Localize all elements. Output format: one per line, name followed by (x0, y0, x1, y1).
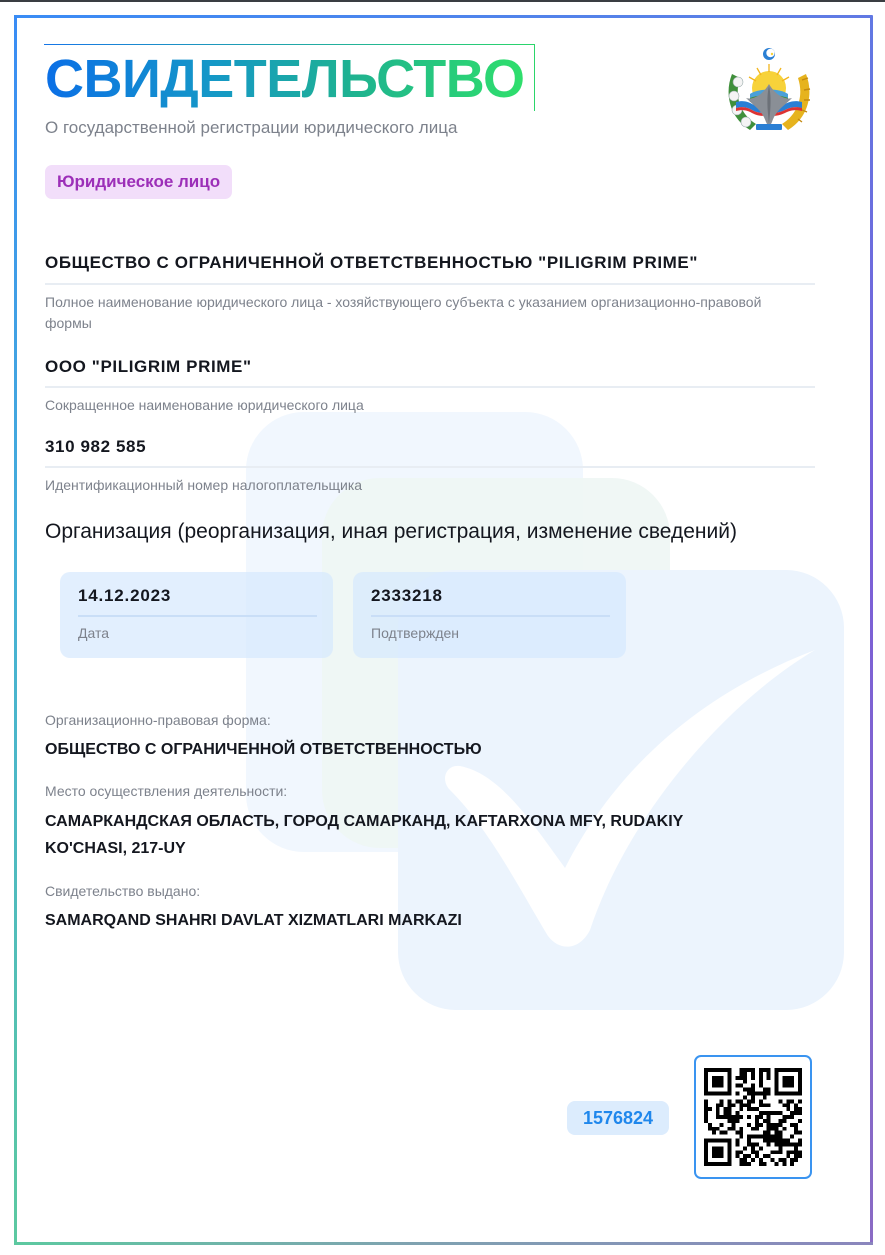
state-emblem-icon (722, 44, 816, 138)
legal-form-label: Организационно-правовая форма: (45, 712, 271, 728)
divider (45, 283, 815, 285)
full-name-label: Полное наименование юридического лица - … (45, 292, 805, 334)
issued-by-label: Свидетельство выдано: (45, 883, 200, 899)
registry-number-badge: 1576824 (567, 1101, 669, 1135)
page-subtitle: О государственной регистрации юридическо… (45, 118, 457, 138)
registration-number-card: 2333218 Подтвержден (353, 572, 626, 658)
qr-code[interactable] (694, 1055, 812, 1179)
registration-number-value: 2333218 (371, 586, 443, 606)
activity-place-value: САМАРКАНДСКАЯ ОБЛАСТЬ, ГОРОД САМАРКАНД, … (45, 808, 765, 862)
tin-value: 310 982 585 (45, 437, 146, 457)
registration-date-label: Дата (78, 625, 109, 641)
registration-date-card: 14.12.2023 Дата (60, 572, 333, 658)
page-title: СВИДЕТЕЛЬСТВО (45, 48, 524, 110)
window-top-edge (0, 0, 885, 2)
divider (45, 386, 815, 388)
full-name-value: ОБЩЕСТВО С ОГРАНИЧЕННОЙ ОТВЕТСТВЕННОСТЬЮ… (45, 253, 698, 273)
divider (45, 466, 815, 468)
registration-date-value: 14.12.2023 (78, 586, 171, 606)
activity-place-label: Место осуществления деятельности: (45, 783, 287, 799)
short-name-value: ООО "PILIGRIM PRIME" (45, 357, 252, 377)
short-name-label: Сокращенное наименование юридического ли… (45, 395, 805, 416)
tin-label: Идентификационный номер налогоплательщик… (45, 475, 805, 496)
legal-form-value: ОБЩЕСТВО С ОГРАНИЧЕННОЙ ОТВЕТСТВЕННОСТЬЮ (45, 736, 765, 763)
divider (371, 615, 610, 617)
issued-by-value: SAMARQAND SHAHRI DAVLAT XIZMATLARI MARKA… (45, 907, 765, 934)
registration-number-label: Подтвержден (371, 625, 459, 641)
divider (78, 615, 317, 617)
registration-section-title: Организация (реорганизация, иная регистр… (45, 520, 737, 544)
qr-code-icon (704, 1066, 802, 1168)
entity-type-badge: Юридическое лицо (45, 165, 232, 199)
